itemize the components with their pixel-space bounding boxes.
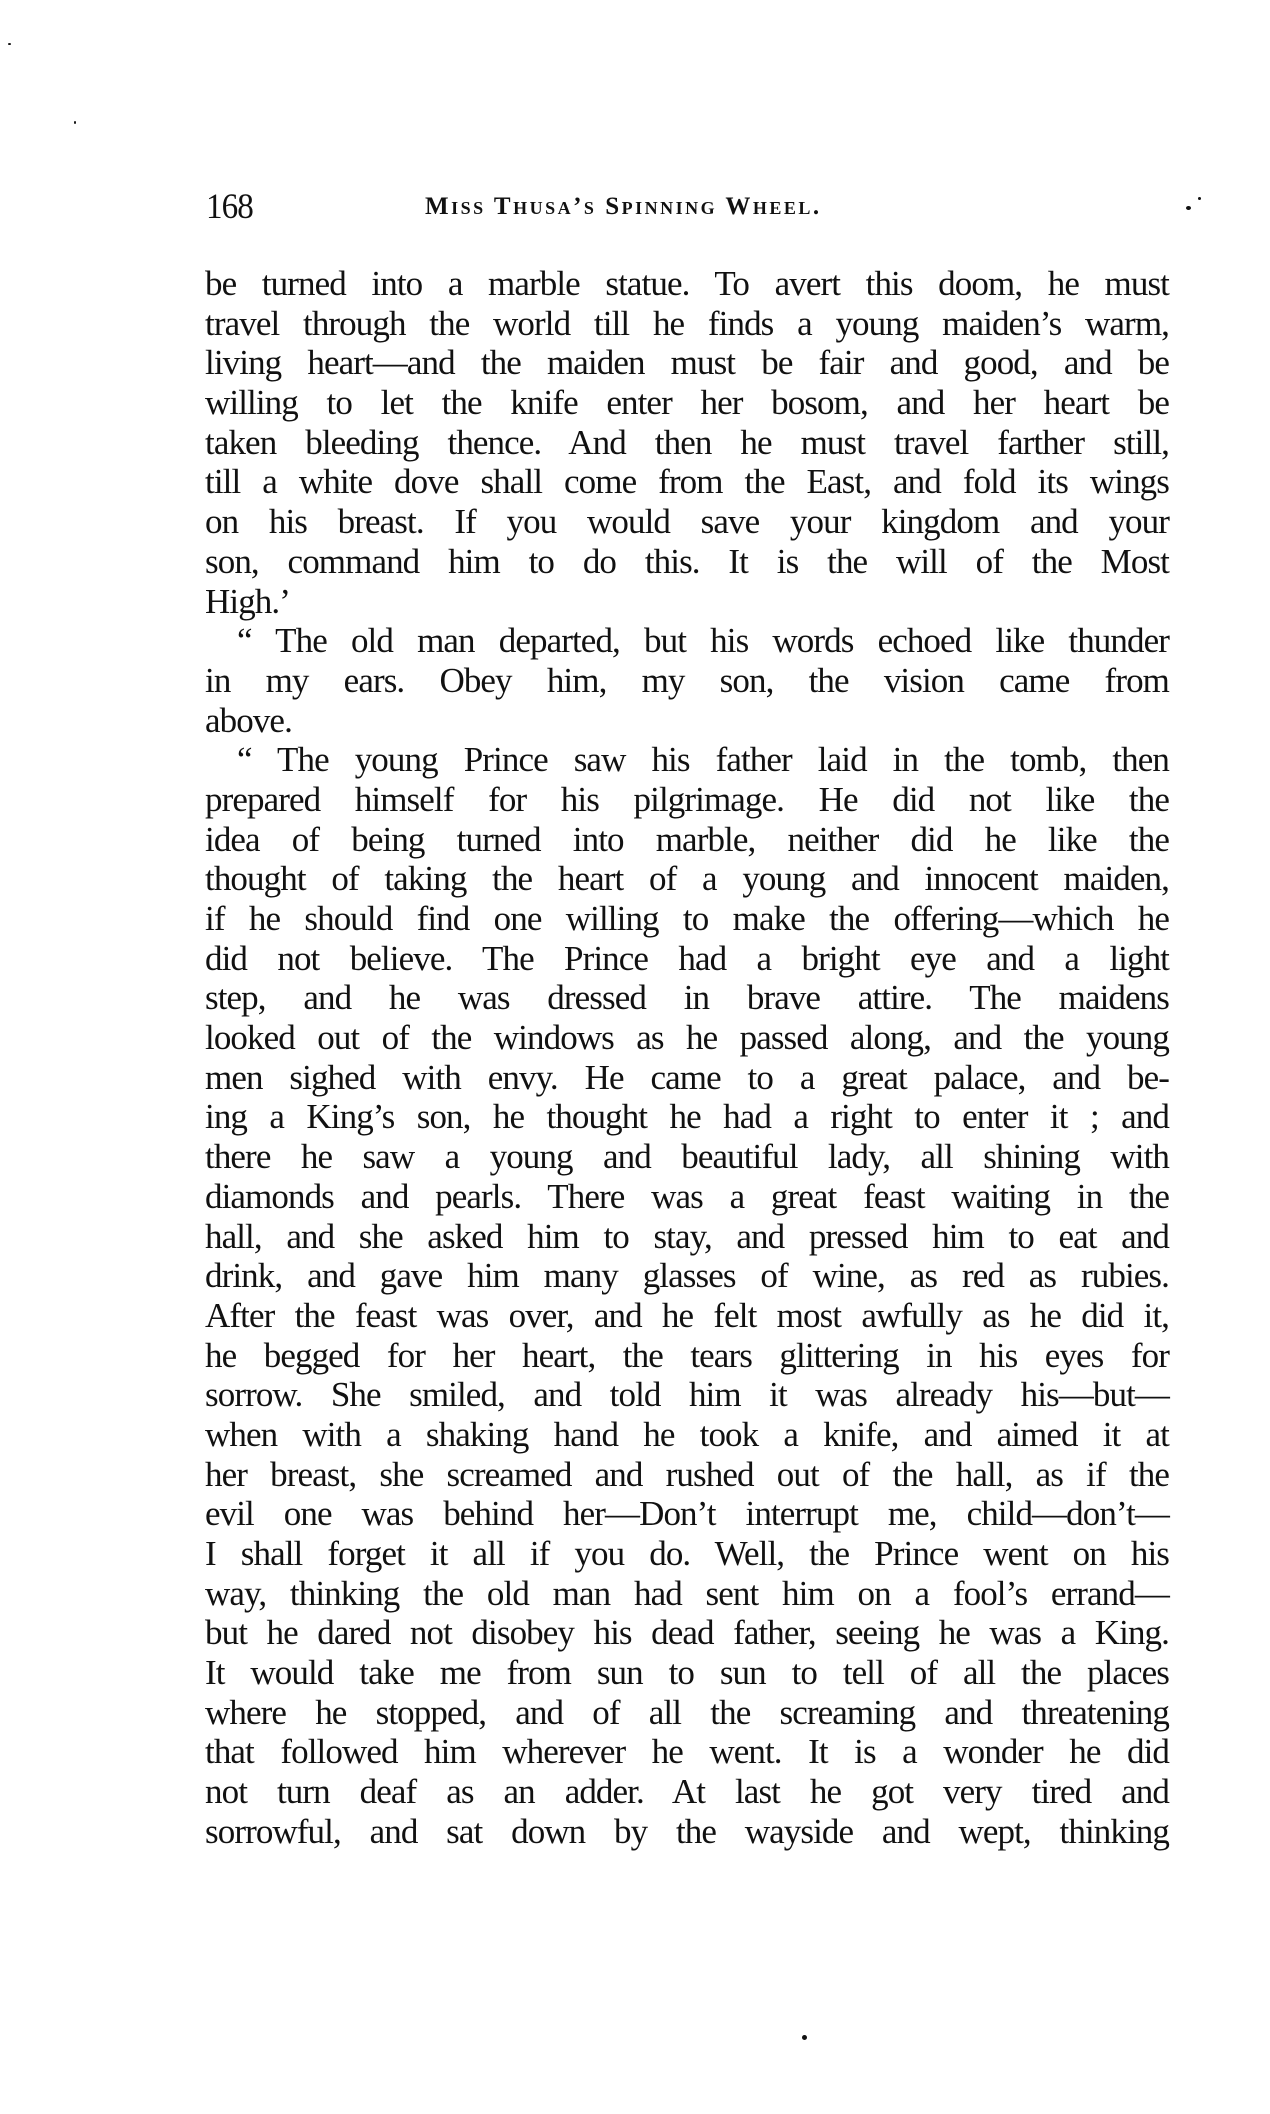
text-line: in my ears. Obey him, my son, the vision…: [205, 661, 1169, 701]
paragraph: “ The old man departed, but his words ec…: [205, 621, 1169, 740]
text-line: living heart—and the maiden must be fair…: [205, 343, 1169, 383]
text-line: willing to let the knife enter her bosom…: [205, 383, 1169, 423]
text-line: if he should find one willing to make th…: [205, 899, 1169, 939]
body-text: be turned into a marble statue. To avert…: [205, 264, 1169, 1852]
text-line: prepared himself for his pilgrimage. He …: [205, 780, 1169, 820]
text-line: “ The old man departed, but his words ec…: [205, 621, 1169, 661]
text-line: when with a shaking hand he took a knife…: [205, 1415, 1169, 1455]
text-line: but he dared not disobey his dead father…: [205, 1613, 1169, 1653]
text-line: where he stopped, and of all the screami…: [205, 1693, 1169, 1733]
text-line: It would take me from sun to sun to tell…: [205, 1653, 1169, 1693]
text-line: evil one was behind her—Don’t interrupt …: [205, 1494, 1169, 1534]
text-line: thought of taking the heart of a young a…: [205, 859, 1169, 899]
text-line: looked out of the windows as he passed a…: [205, 1018, 1169, 1058]
text-line: be turned into a marble statue. To avert…: [205, 264, 1169, 304]
text-line: After the feast was over, and he felt mo…: [205, 1296, 1169, 1336]
text-line: High.’: [205, 582, 1169, 622]
ink-speck: [8, 43, 11, 45]
text-line: “ The young Prince saw his father laid i…: [205, 740, 1169, 780]
text-line: I shall forget it all if you do. Well, t…: [205, 1534, 1169, 1574]
ink-speck: [802, 2035, 807, 2040]
text-line: hall, and she asked him to stay, and pre…: [205, 1217, 1169, 1257]
text-line: till a white dove shall come from the Ea…: [205, 462, 1169, 502]
text-line: step, and he was dressed in brave attire…: [205, 978, 1169, 1018]
running-title: Miss Thusa’s Spinning Wheel.: [425, 192, 822, 222]
text-line: he begged for her heart, the tears glitt…: [205, 1336, 1169, 1376]
text-line: son, command him to do this. It is the w…: [205, 542, 1169, 582]
text-line: her breast, she screamed and rushed out …: [205, 1455, 1169, 1495]
text-line: diamonds and pearls. There was a great f…: [205, 1177, 1169, 1217]
text-line: way, thinking the old man had sent him o…: [205, 1574, 1169, 1614]
text-line: there he saw a young and beautiful lady,…: [205, 1137, 1169, 1177]
paragraph: “ The young Prince saw his father laid i…: [205, 740, 1169, 1851]
text-line: travel through the world till he finds a…: [205, 304, 1169, 344]
ink-speck: [74, 121, 76, 124]
text-line: that followed him wherever he went. It i…: [205, 1732, 1169, 1772]
text-line: taken bleeding thence. And then he must …: [205, 423, 1169, 463]
text-line: on his breast. If you would save your ki…: [205, 502, 1169, 542]
book-page: 168 Miss Thusa’s Spinning Wheel. be turn…: [0, 0, 1270, 2114]
page-number: 168: [206, 186, 253, 226]
text-line: drink, and gave him many glasses of wine…: [205, 1256, 1169, 1296]
paragraph: be turned into a marble statue. To avert…: [205, 264, 1169, 621]
text-line: sorrowful, and sat down by the wayside a…: [205, 1812, 1169, 1852]
text-line: men sighed with envy. He came to a great…: [205, 1058, 1169, 1098]
text-line: did not believe. The Prince had a bright…: [205, 939, 1169, 979]
ink-speck: [1186, 206, 1191, 210]
text-line: not turn deaf as an adder. At last he go…: [205, 1772, 1169, 1812]
text-line: ing a King’s son, he thought he had a ri…: [205, 1097, 1169, 1137]
ink-speck: [1198, 197, 1201, 200]
text-line: idea of being turned into marble, neithe…: [205, 820, 1169, 860]
text-line: above.: [205, 701, 1169, 741]
running-header: 168 Miss Thusa’s Spinning Wheel.: [206, 186, 1170, 226]
text-line: sorrow. She smiled, and told him it was …: [205, 1375, 1169, 1415]
